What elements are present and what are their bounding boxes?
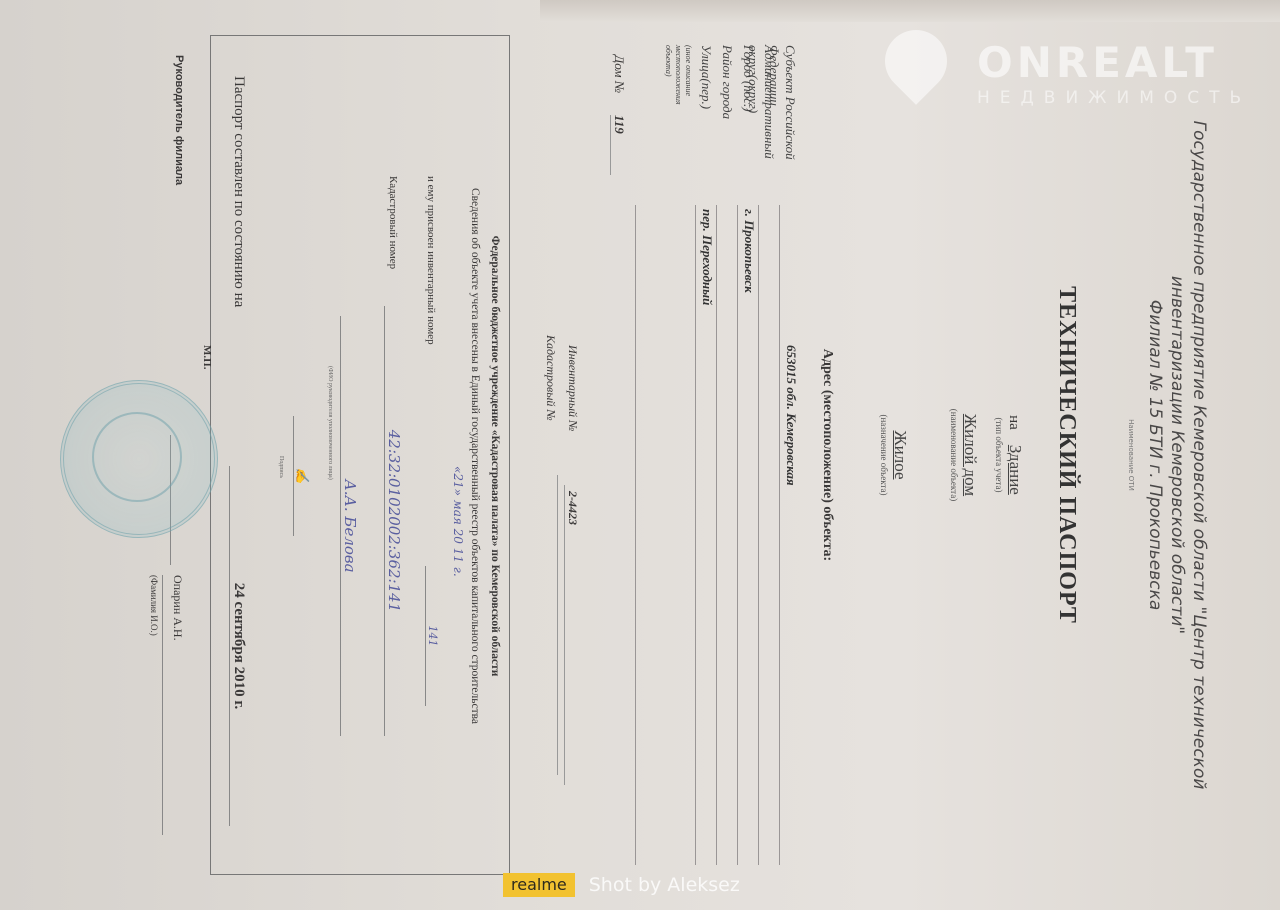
assigned-cadastral-label: Кадастровый номер xyxy=(387,176,399,269)
location-pin-house-icon xyxy=(872,17,960,105)
address-row: Субъект Российской Федерации 653015 обл.… xyxy=(779,205,800,865)
issuer-caption: Наименование ОТИ xyxy=(1120,55,1142,855)
branch-head-label: Руководитель филиала xyxy=(173,55,185,185)
assigned-inventory-value: 141 xyxy=(425,566,439,706)
as-of-date: 24 сентября 2010 г. xyxy=(229,466,247,826)
issuer-line-1: Государственное предприятие Кемеровской … xyxy=(1188,55,1210,855)
issuer-header: Государственное предприятие Кемеровской … xyxy=(1120,55,1210,855)
address-row-value: 653015 обл. Кемеровская xyxy=(783,345,799,486)
registry-info: Сведения об объекте учета внесены в Един… xyxy=(469,46,481,866)
registry-box: Федеральное бюджетное учреждение «Кадаст… xyxy=(210,35,510,875)
signature-caption: Подпись xyxy=(278,456,284,478)
technical-passport-document: Государственное предприятие Кемеровской … xyxy=(50,15,1230,895)
camera-watermark: realme Shot by Aleksez xyxy=(503,873,740,897)
address-title: Адрес (местоположение) объекта: xyxy=(819,15,835,895)
address-row-label: Район города xyxy=(719,45,735,205)
signer-line xyxy=(162,575,163,835)
address-row-value: г. Прокопьевск xyxy=(741,209,757,293)
cadastral-number-value xyxy=(557,475,558,775)
address-row-value: пер. Переходный xyxy=(699,209,715,305)
issuer-line-3: Филиал № 15 БТИ г. Прокопьевска xyxy=(1144,55,1166,855)
assigned-cadastral-line: Кадастровый номер 42:32:0102002:362:141 xyxy=(387,176,399,269)
assigned-cadastral-value: 42:32:0102002:362:141 xyxy=(384,306,403,736)
official-stamp-icon xyxy=(60,380,218,538)
document-title: ТЕХНИЧЕСКИЙ ПАСПОРТ xyxy=(1053,15,1080,895)
object-type-block: на Здание (тип объекта учета) xyxy=(994,15,1025,895)
cadastral-number-label: Кадастровый № xyxy=(544,335,558,421)
object-purpose-value: Жилое xyxy=(891,430,910,479)
address-row-label: Город (пос.) xyxy=(740,45,756,205)
house-number-value: 119 xyxy=(610,115,627,175)
object-name-value: Жилой дом xyxy=(961,414,980,496)
house-number-label: Дом № xyxy=(611,55,627,93)
address-row: Район города xyxy=(716,205,737,865)
address-row: Административный округ(округ) xyxy=(758,205,779,865)
address-row: Город (пос.) г. Прокопьевск xyxy=(737,205,758,865)
address-row: (иное описание местоположения объекта) xyxy=(635,205,695,865)
stamp-placeholder-label: М.П. xyxy=(201,345,213,369)
address-row-label: (иное описание местоположения объекта) xyxy=(663,45,693,115)
official-caption: (ФИО руководителя уполномоченного лица) xyxy=(327,366,333,480)
official-signature: ✍ xyxy=(293,416,309,536)
as-of-label: Паспорт составлен по состоянию на xyxy=(230,76,247,307)
cadastral-number-row: Кадастровый № xyxy=(536,335,558,431)
object-name-caption: (наименование объекта) xyxy=(949,15,959,895)
watermark-brand: ONREALT xyxy=(977,38,1218,87)
address-row-label: Улица(пер.) xyxy=(698,45,714,205)
assigned-inventory-line: и ему присвоен инвентарный номер 141 xyxy=(425,176,437,345)
object-type-caption: (тип объекта учета) xyxy=(994,15,1004,895)
house-number-row: Дом № 119 xyxy=(607,45,629,865)
branch-head-name: Опарин А.Н. xyxy=(170,575,185,641)
inventory-number-value: 2-4423 xyxy=(564,485,580,785)
inventory-number-label: Инвентарный № xyxy=(566,345,580,431)
shot-by-text: Shot by Aleksez xyxy=(589,874,740,896)
signer-caption: (Фамилия И.О.) xyxy=(149,575,159,636)
onrealt-watermark: ONREALT НЕДВИЖИМОСТЬ xyxy=(885,28,1265,123)
object-name-block: Жилой дом (наименование объекта) xyxy=(949,15,980,895)
address-row: Улица(пер.) пер. Переходный xyxy=(695,205,716,865)
assigned-inventory-label: и ему присвоен инвентарный номер xyxy=(425,176,437,345)
camera-brand-badge: realme xyxy=(503,873,575,897)
address-table: Субъект Российской Федерации 653015 обл.… xyxy=(607,45,800,865)
watermark-subtitle: НЕДВИЖИМОСТЬ xyxy=(977,88,1251,108)
cadastral-agency: Федеральное бюджетное учреждение «Кадаст… xyxy=(489,36,501,876)
registry-date: «21» мая 20 11 г. xyxy=(451,466,465,577)
object-purpose-caption: (назначение объекта) xyxy=(879,15,889,895)
inventory-block: Инвентарный № 2-4423 Кадастровый № xyxy=(536,345,580,431)
object-type-value: Здание xyxy=(1006,445,1025,495)
object-type-prefix: на xyxy=(1006,415,1022,430)
issuer-line-2: инвентаризации Кемеровской области" xyxy=(1166,55,1188,855)
object-purpose-block: Жилое (назначение объекта) xyxy=(879,15,910,895)
inventory-number-row: Инвентарный № 2-4423 xyxy=(558,345,580,431)
official-name: А.А. Белова xyxy=(340,316,359,736)
